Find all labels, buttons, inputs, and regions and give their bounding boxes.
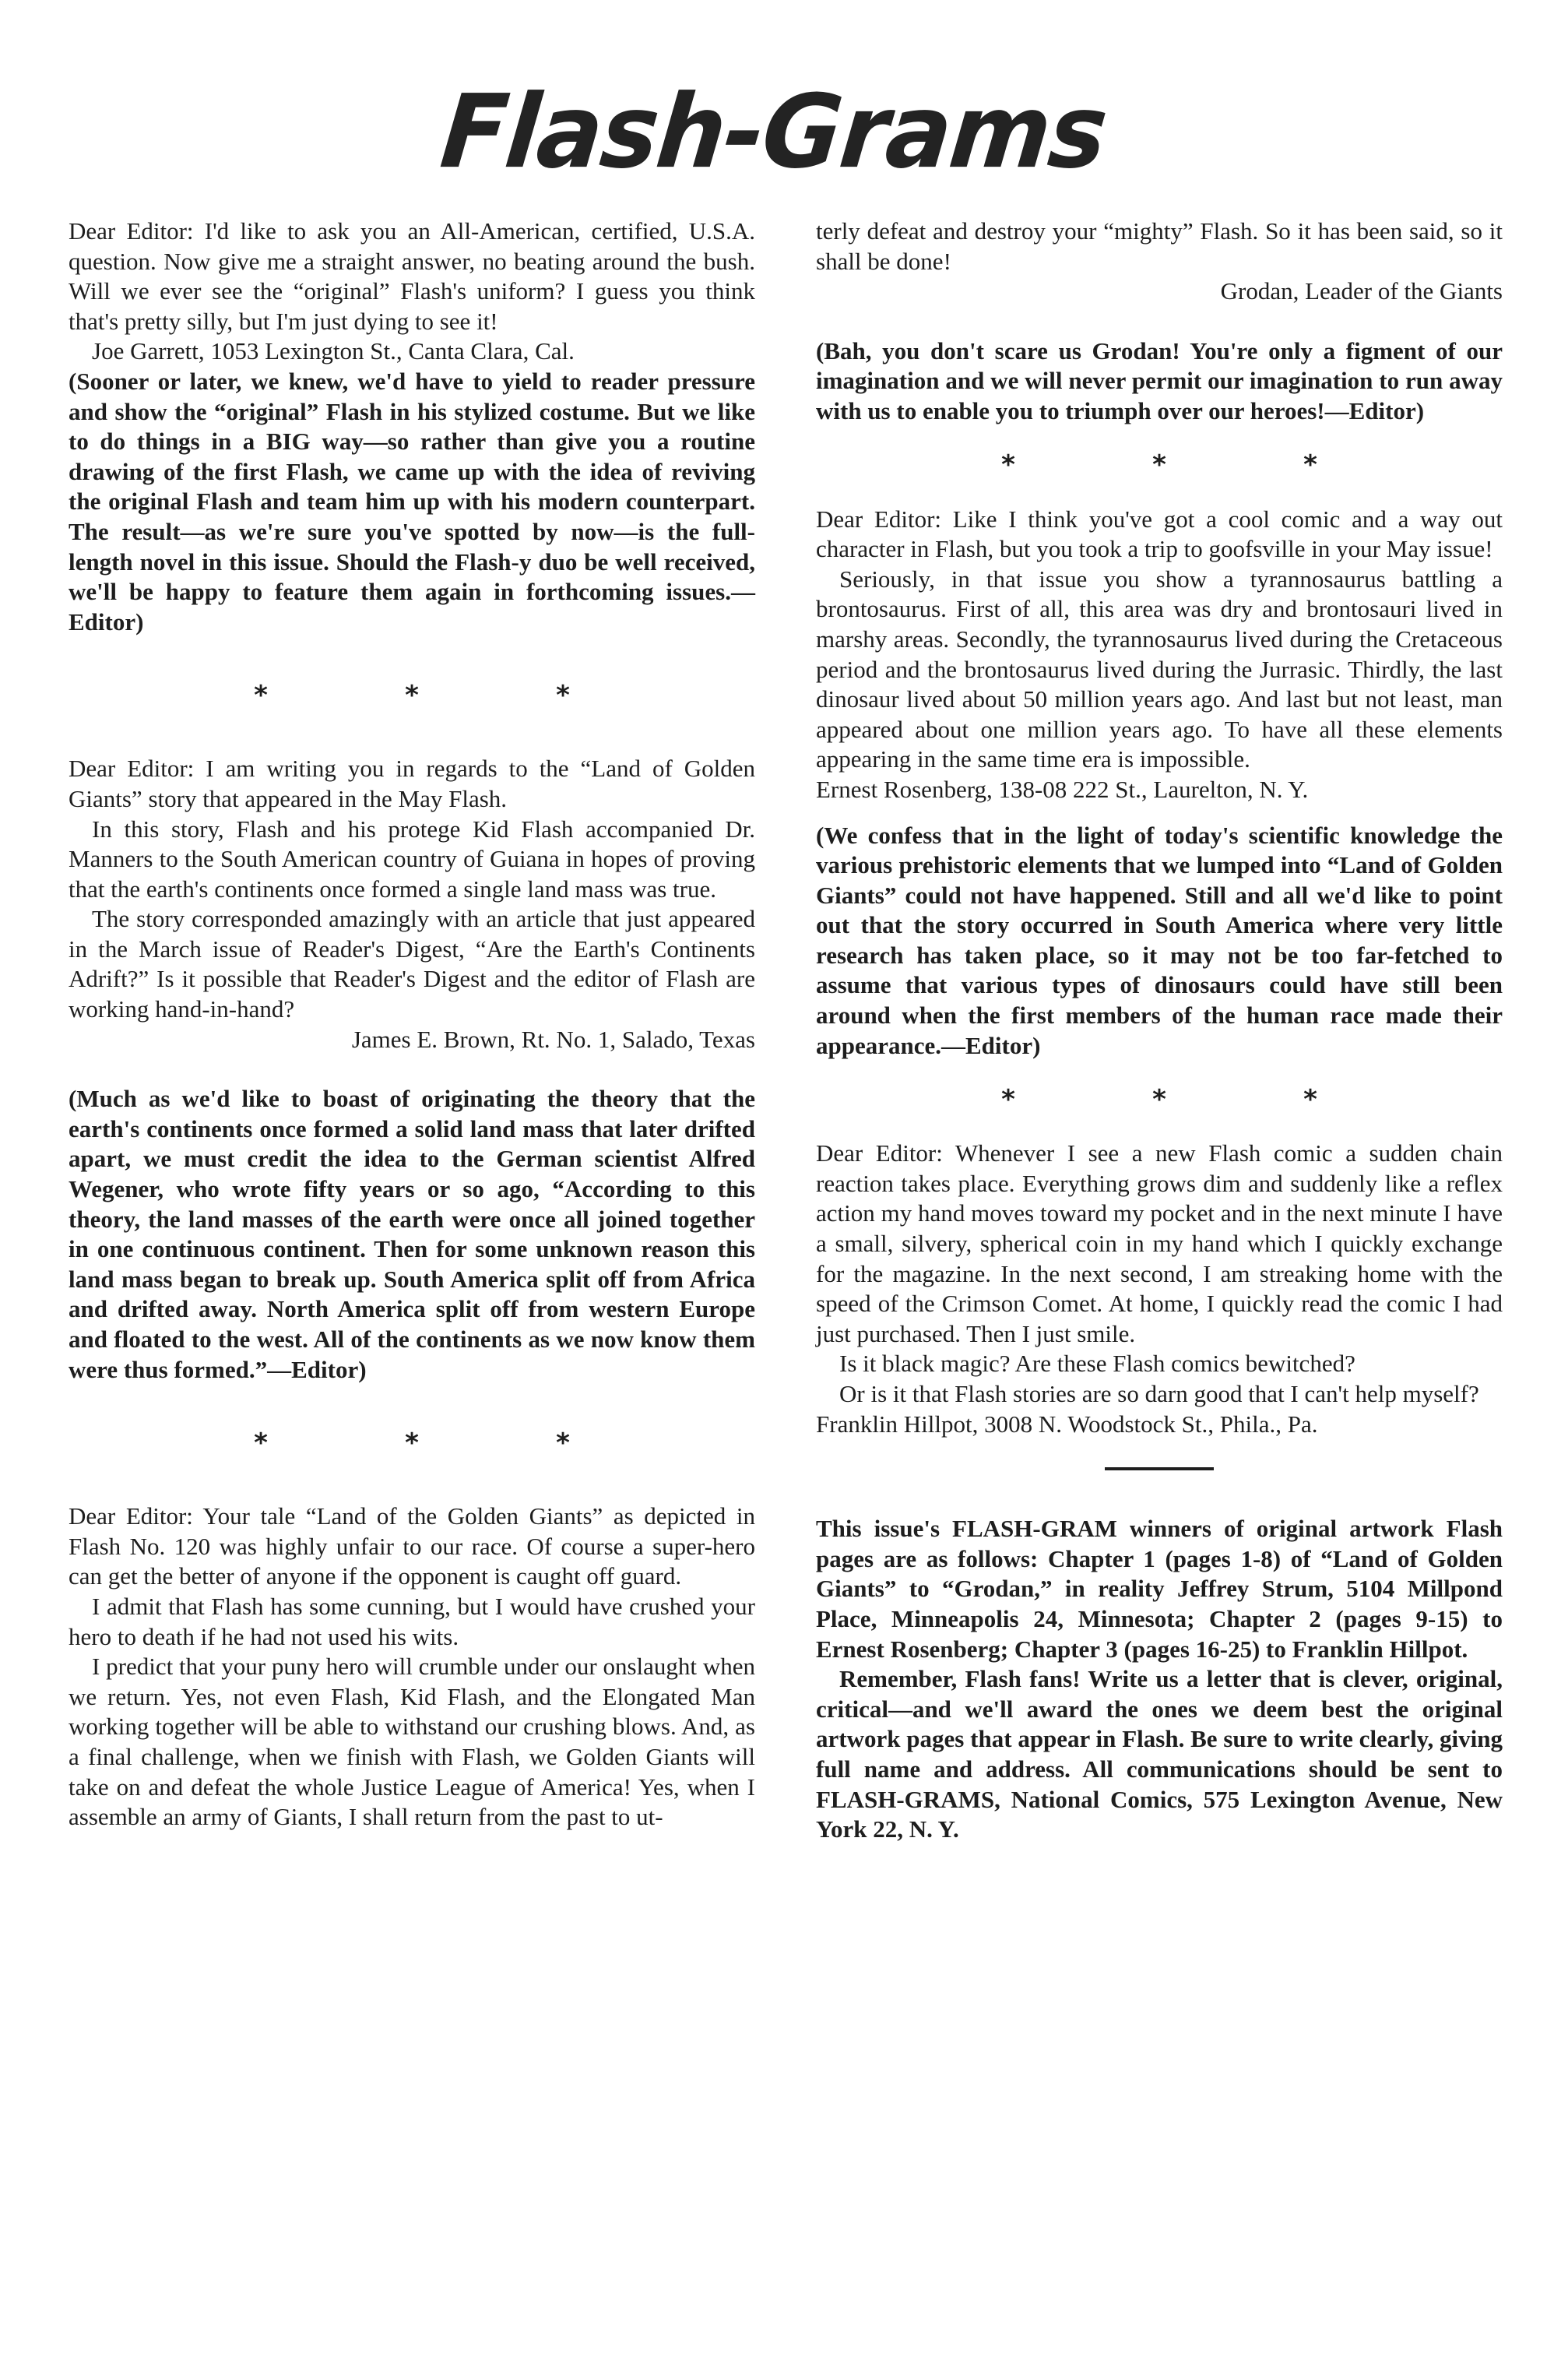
letter-body: terly defeat and destroy your “mighty” F… — [816, 217, 1503, 276]
asterisk-icon: * — [405, 681, 419, 711]
letter-signature: Ernest Rosenberg, 138-08 222 St., Laurel… — [816, 775, 1503, 805]
asterisk-icon: * — [405, 1428, 419, 1459]
asterisk-icon: * — [1152, 450, 1166, 481]
letter-body: In this story, Flash and his protege Kid… — [69, 815, 755, 905]
editor-reply: (Much as we'd like to boast of originati… — [69, 1084, 755, 1385]
letter-signature: Franklin Hillpot, 3008 N. Woodstock St.,… — [816, 1410, 1503, 1440]
letter-body: I predict that your puny hero will crumb… — [69, 1652, 755, 1833]
asterisk-icon: * — [254, 1428, 268, 1459]
asterisk-icon: * — [556, 1428, 570, 1459]
letter-body: Dear Editor: I am writing you in regards… — [69, 754, 755, 814]
section-separator: * * * — [69, 1385, 755, 1502]
letter-franklin-hillpot: Dear Editor: Whenever I see a new Flash … — [816, 1139, 1503, 1439]
letter-ernest-rosenberg: Dear Editor: Like I think you've got a c… — [816, 505, 1503, 1061]
horizontal-rule — [1105, 1467, 1214, 1470]
asterisk-icon: * — [254, 681, 268, 711]
letter-signature: Joe Garrett, 1053 Lexington St., Canta C… — [69, 336, 755, 367]
asterisk-icon: * — [1001, 450, 1015, 481]
letter-body: Seriously, in that issue you show a tyra… — [816, 565, 1503, 775]
letter-james-brown: Dear Editor: I am writing you in regards… — [69, 754, 755, 1385]
asterisk-icon: * — [1152, 1085, 1166, 1115]
letter-signature: Grodan, Leader of the Giants — [816, 276, 1503, 307]
letter-body: Dear Editor: I'd like to ask you an All-… — [69, 217, 755, 336]
letter-body: Dear Editor: Your tale “Land of the Gold… — [69, 1502, 755, 1592]
letter-body: Dear Editor: Like I think you've got a c… — [816, 505, 1503, 565]
section-separator: * * * — [816, 427, 1503, 505]
asterisk-icon: * — [1303, 1085, 1317, 1115]
letter-body: The story corresponded amazingly with an… — [69, 904, 755, 1024]
section-separator: * * * — [816, 1061, 1503, 1139]
left-column: Dear Editor: I'd like to ask you an All-… — [69, 217, 755, 1833]
call-to-action-text: Remember, Flash fans! Write us a letter … — [816, 1664, 1503, 1845]
editor-reply: (We confess that in the light of today's… — [816, 821, 1503, 1061]
section-separator: * * * — [69, 637, 755, 754]
letter-body: I admit that Flash has some cunning, but… — [69, 1592, 755, 1652]
letter-joe-garrett: Dear Editor: I'd like to ask you an All-… — [69, 217, 755, 637]
letter-signature: James E. Brown, Rt. No. 1, Salado, Texas — [69, 1025, 755, 1055]
right-column: terly defeat and destroy your “mighty” F… — [816, 217, 1503, 1845]
letter-body: Or is it that Flash stories are so darn … — [816, 1379, 1503, 1410]
editor-reply: (Sooner or later, we knew, we'd have to … — [69, 367, 755, 637]
letter-body: Is it black magic? Are these Flash comic… — [816, 1349, 1503, 1379]
asterisk-icon: * — [1001, 1085, 1015, 1115]
letter-body: Dear Editor: Whenever I see a new Flash … — [816, 1139, 1503, 1349]
letter-grodan-continued: terly defeat and destroy your “mighty” F… — [816, 217, 1503, 427]
flash-gram-winners-announcement: This issue's FLASH-GRAM winners of origi… — [816, 1514, 1503, 1845]
editor-reply: (Bah, you don't scare us Grodan! You're … — [816, 336, 1503, 427]
letter-grodan: Dear Editor: Your tale “Land of the Gold… — [69, 1502, 755, 1833]
asterisk-icon: * — [1303, 450, 1317, 481]
page-title: Flash-Grams — [0, 73, 1547, 191]
winners-text: This issue's FLASH-GRAM winners of origi… — [816, 1514, 1503, 1664]
asterisk-icon: * — [556, 681, 570, 711]
